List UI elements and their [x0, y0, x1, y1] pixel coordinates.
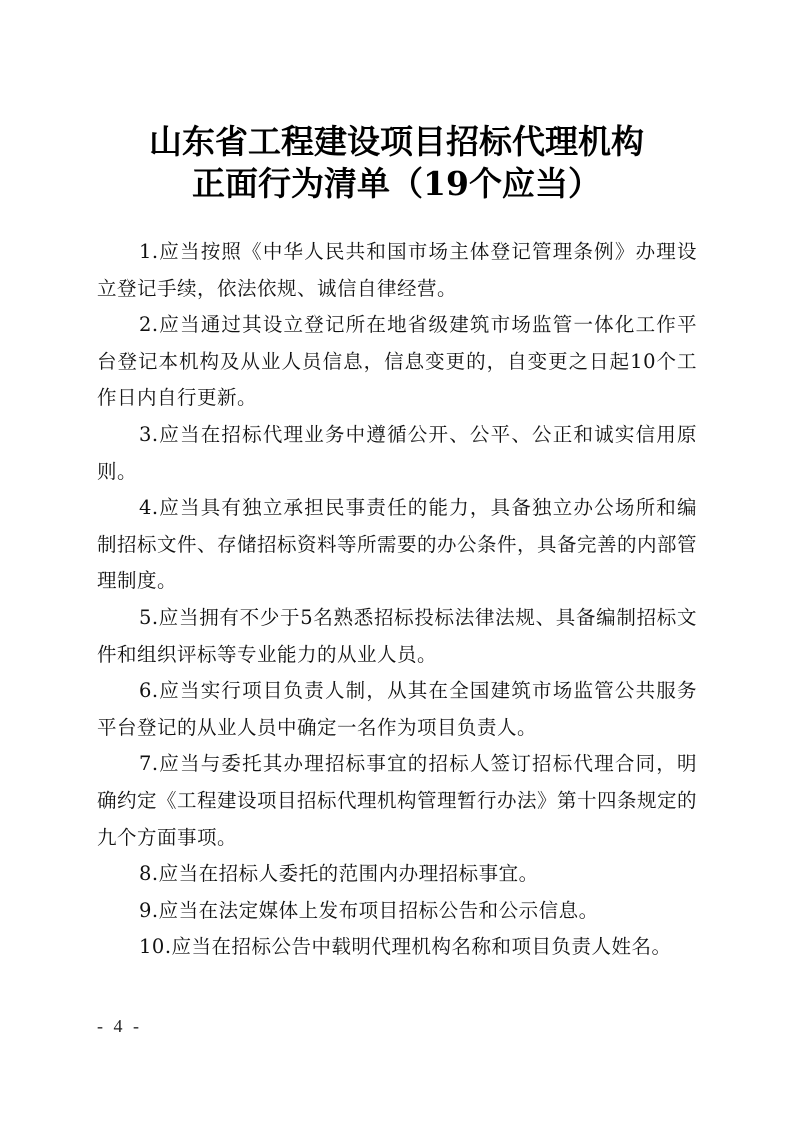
clause-5: 5.应当拥有不少于5名熟悉招标投标法律法规、具备编制招标文件和组织评标等专业能力… [97, 600, 697, 673]
document-page: 山东省工程建设项目招标代理机构 正面行为清单（19个应当） 1.应当按照《中华人… [0, 0, 793, 1122]
document-title-line-2: 正面行为清单（19个应当） [0, 162, 793, 206]
clause-8: 8.应当在招标人委托的范围内办理招标事宜。 [97, 856, 697, 893]
document-body: 1.应当按照《中华人民共和国市场主体登记管理条例》办理设立登记手续，依法依规、诚… [97, 234, 697, 966]
clause-9: 9.应当在法定媒体上发布项目招标公告和公示信息。 [97, 893, 697, 930]
clause-10: 10.应当在招标公告中载明代理机构名称和项目负责人姓名。 [97, 929, 697, 966]
document-title-line-1: 山东省工程建设项目招标代理机构 [0, 120, 793, 164]
page-number: - 4 - [97, 1016, 142, 1037]
clause-6: 6.应当实行项目负责人制，从其在全国建筑市场监管公共服务平台登记的从业人员中确定… [97, 673, 697, 746]
clause-4: 4.应当具有独立承担民事责任的能力，具备独立办公场所和编制招标文件、存储招标资料… [97, 490, 697, 600]
clause-3: 3.应当在招标代理业务中遵循公开、公平、公正和诚实信用原则。 [97, 417, 697, 490]
clause-1: 1.应当按照《中华人民共和国市场主体登记管理条例》办理设立登记手续，依法依规、诚… [97, 234, 697, 307]
clause-2: 2.应当通过其设立登记所在地省级建筑市场监管一体化工作平台登记本机构及从业人员信… [97, 307, 697, 417]
clause-7: 7.应当与委托其办理招标事宜的招标人签订招标代理合同，明确约定《工程建设项目招标… [97, 746, 697, 856]
